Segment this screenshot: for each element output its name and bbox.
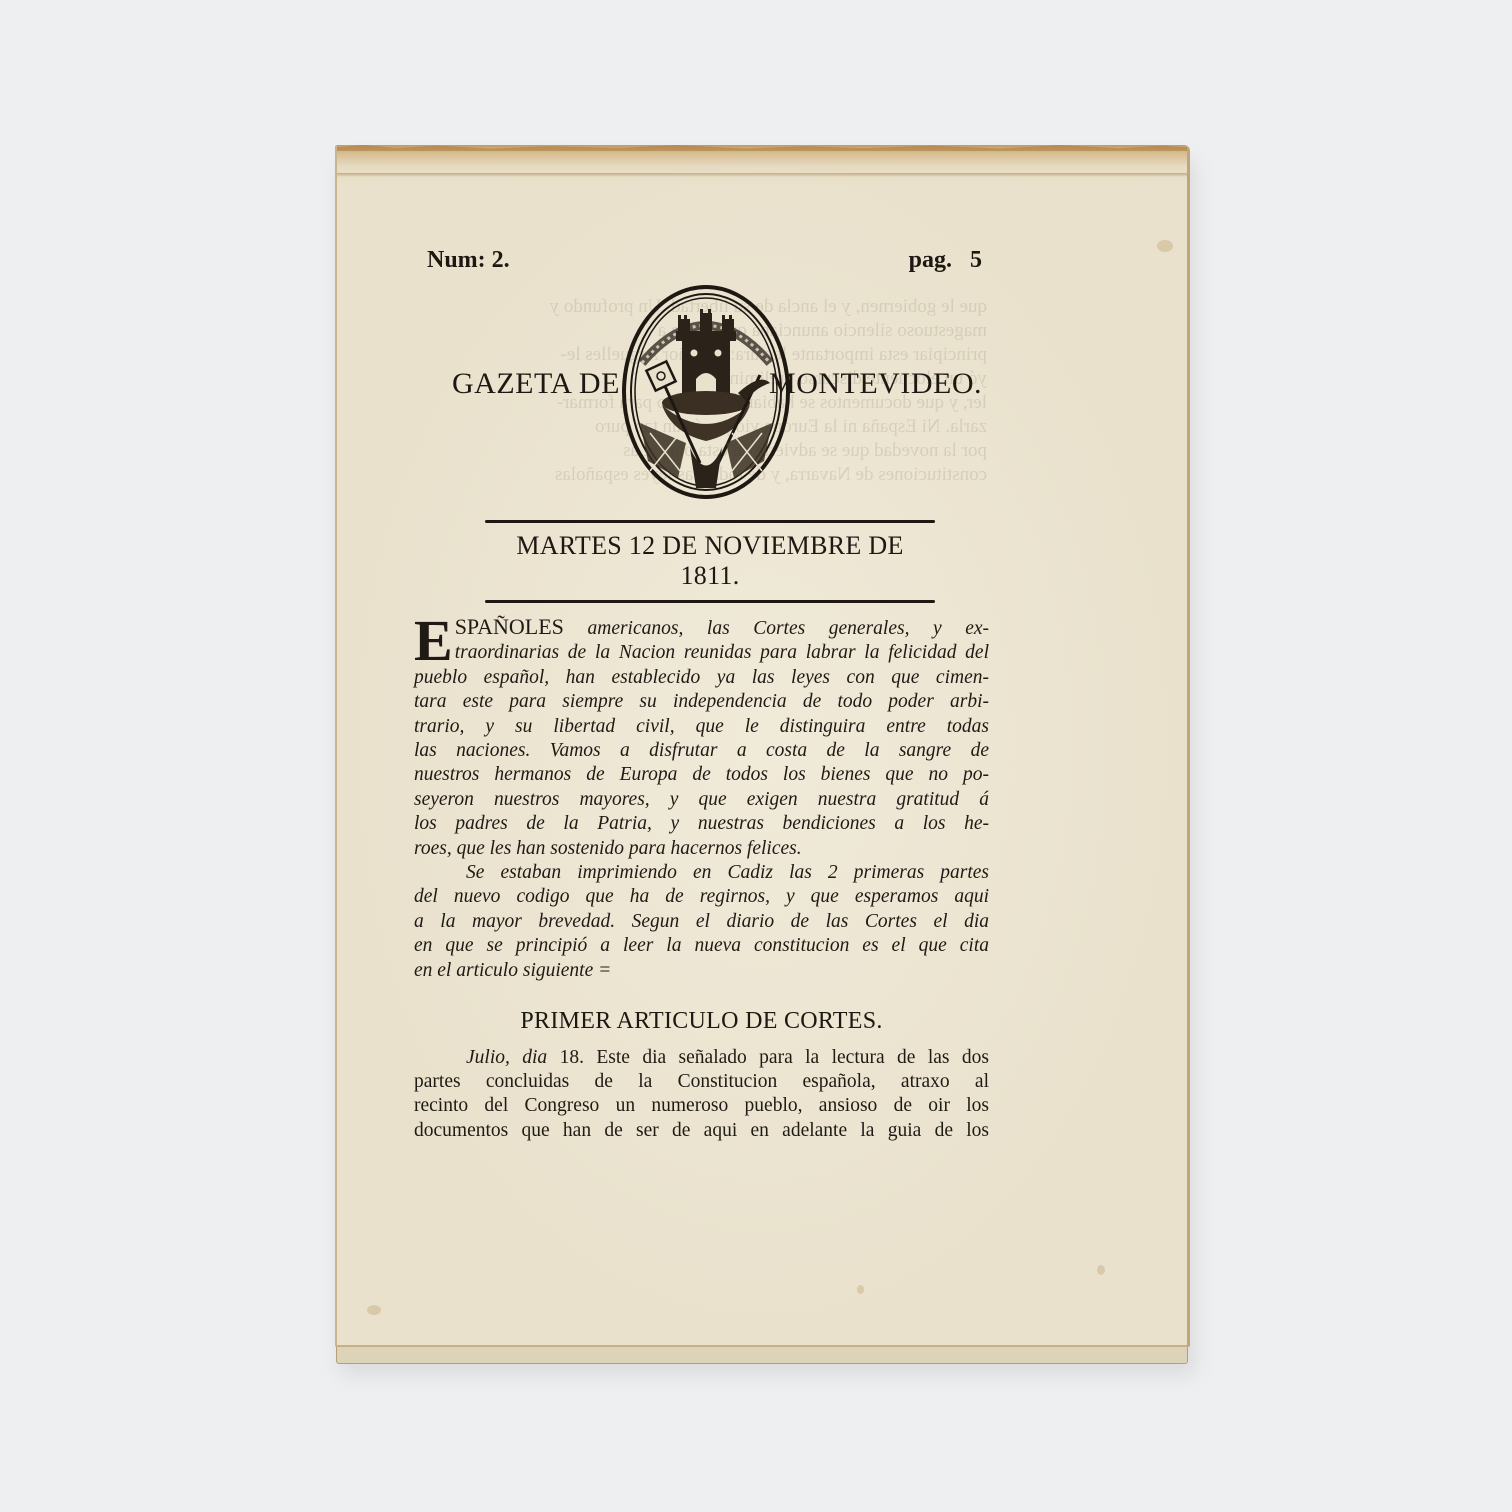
foxing-spot xyxy=(367,1305,381,1315)
foxing-spot xyxy=(857,1285,864,1294)
issue-number: Num: 2. xyxy=(427,247,510,274)
masthead-left: GAZETA DE xyxy=(452,367,620,401)
top-fold-stain xyxy=(337,173,1187,177)
foxing-spot xyxy=(1097,1265,1105,1275)
page-header: Num: 2. pag. 5 xyxy=(427,247,982,274)
issue-date: MARTES 12 DE NOVIEMBRE DE 1811. xyxy=(485,523,935,600)
castle-seal-emblem-icon xyxy=(620,283,792,501)
paragraph-espanoles: ESPAÑOLES americanos, las Cortes general… xyxy=(414,615,989,861)
date-bottom-rule xyxy=(485,600,935,603)
drop-cap: E xyxy=(414,619,453,663)
first-word: SPAÑOLES xyxy=(455,614,564,639)
masthead-right: MONTEVIDEO. xyxy=(769,367,982,401)
page-number-label: pag. 5 xyxy=(909,247,982,274)
issue-date-block: MARTES 12 DE NOVIEMBRE DE 1811. xyxy=(485,520,935,603)
newspaper-page: que le gobiernen, y el ancla de su liber… xyxy=(335,145,1190,1347)
paragraph-cadiz: Se estaban imprimiendo en Cadiz las 2 pr… xyxy=(414,861,989,983)
page-number: 5 xyxy=(970,247,982,273)
paragraph-julio: Julio, dia 18. Este dia señalado para la… xyxy=(414,1046,989,1144)
article-body: ESPAÑOLES americanos, las Cortes general… xyxy=(414,615,989,1143)
foxing-spot xyxy=(1157,240,1173,252)
section-title: PRIMER ARTICULO DE CORTES. xyxy=(414,1009,989,1033)
